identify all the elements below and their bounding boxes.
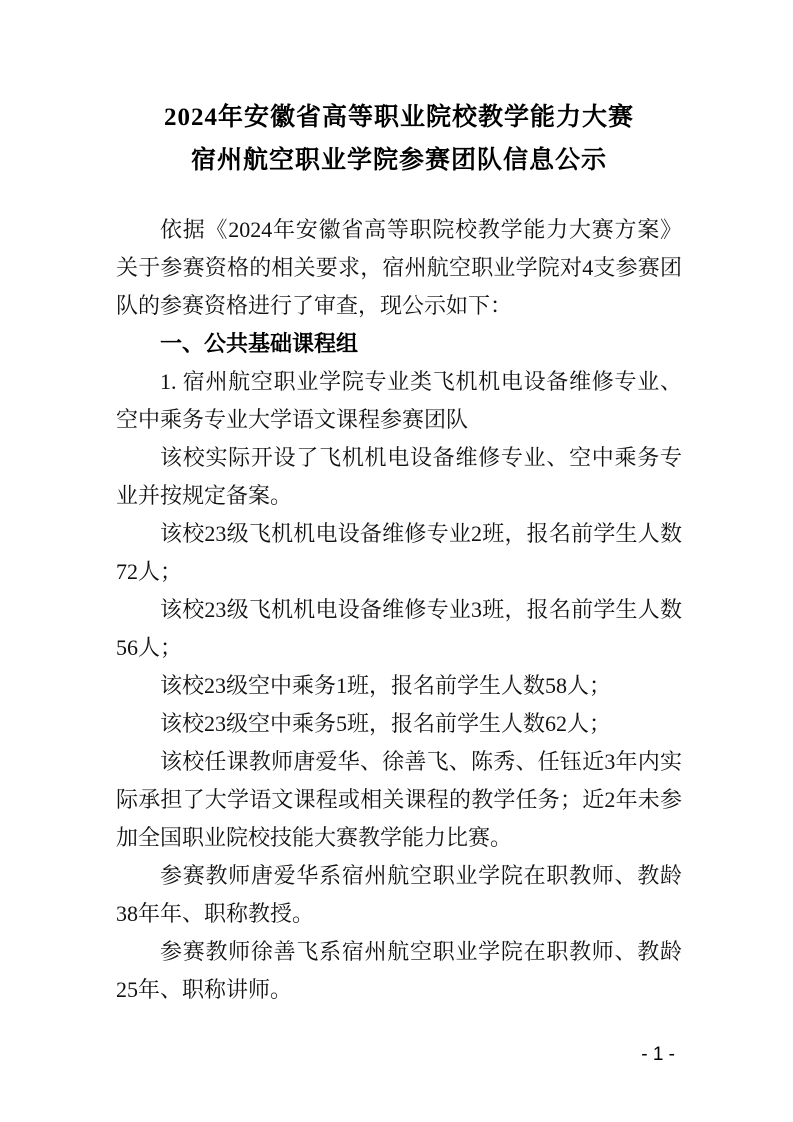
- paragraph: 该校实际开设了飞机机电设备维修专业、空中乘务专业并按规定备案。: [116, 439, 682, 515]
- page-number: - 1 -: [641, 1044, 675, 1066]
- paragraph: 该校23级空中乘务1班，报名前学生人数58人；: [116, 667, 682, 705]
- paragraph: 该校23级飞机机电设备维修专业3班，报名前学生人数56人；: [116, 591, 682, 667]
- paragraph: 该校23级空中乘务5班，报名前学生人数62人；: [116, 705, 682, 743]
- paragraph: 该校任课教师唐爱华、徐善飞、陈秀、任钰近3年内实际承担了大学语文课程或相关课程的…: [116, 743, 682, 857]
- paragraph: 参赛教师唐爱华系宿州航空职业学院在职教师、教龄38年年、职称教授。: [116, 857, 682, 933]
- paragraph: 依据《2024年安徽省高等职院校教学能力大赛方案》关于参赛资格的相关要求，宿州航…: [116, 211, 682, 325]
- paragraph: 该校23级飞机机电设备维修专业2班，报名前学生人数72人；: [116, 515, 682, 591]
- document-title-line1: 2024年安徽省高等职业院校教学能力大赛: [116, 96, 682, 139]
- document-page: 2024年安徽省高等职业院校教学能力大赛 宿州航空职业学院参赛团队信息公示 依据…: [0, 0, 793, 1122]
- section-heading: 一、公共基础课程组: [116, 325, 682, 363]
- document-title-line2: 宿州航空职业学院参赛团队信息公示: [116, 139, 682, 182]
- paragraph: 参赛教师徐善飞系宿州航空职业学院在职教师、教龄25年、职称讲师。: [116, 933, 682, 1009]
- document-title: 2024年安徽省高等职业院校教学能力大赛 宿州航空职业学院参赛团队信息公示: [116, 96, 682, 182]
- document-body: 依据《2024年安徽省高等职院校教学能力大赛方案》关于参赛资格的相关要求，宿州航…: [116, 211, 682, 1009]
- paragraph: 1. 宿州航空职业学院专业类飞机机电设备维修专业、空中乘务专业大学语文课程参赛团…: [116, 363, 682, 439]
